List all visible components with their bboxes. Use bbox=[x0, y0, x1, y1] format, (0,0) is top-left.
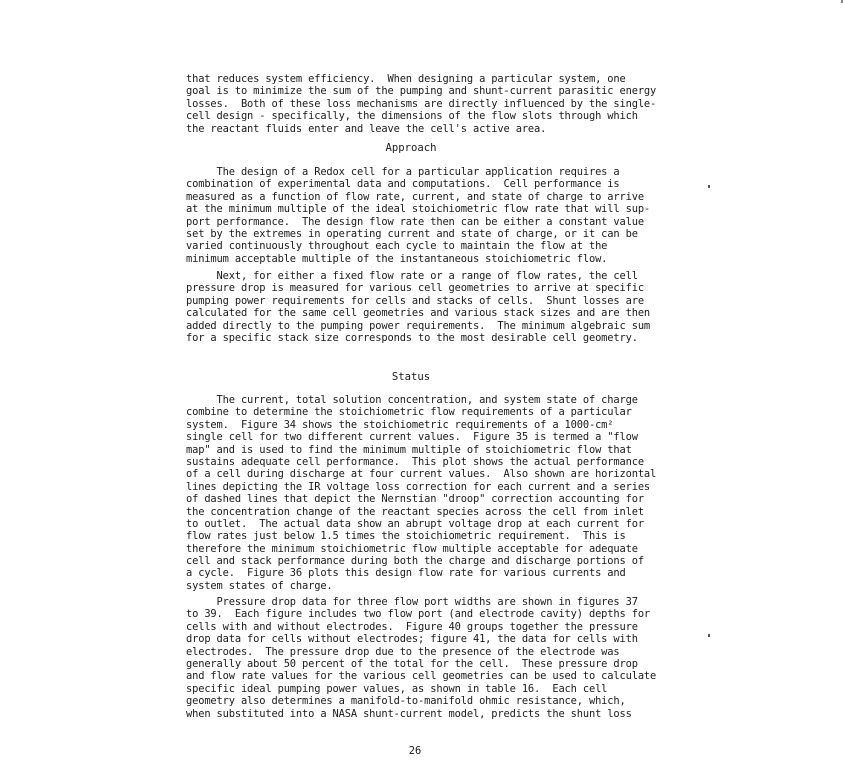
text-line: Next, for either a fixed flow rate or a … bbox=[186, 270, 686, 282]
text-line: pressure drop is measured for various ce… bbox=[186, 282, 686, 294]
text-line: varied continuously throughout each cycl… bbox=[186, 240, 686, 252]
text-line: for a specific stack size corresponds to… bbox=[186, 332, 686, 344]
text-line: to 39. Each figure includes two flow por… bbox=[186, 608, 686, 620]
text-line: pumping power requirements for cells and… bbox=[186, 295, 686, 307]
approach-paragraph-1: The design of a Redox cell for a particu… bbox=[186, 166, 686, 265]
text-line: therefore the minimum stoichiometric flo… bbox=[186, 543, 686, 555]
text-line: The current, total solution concentratio… bbox=[186, 394, 686, 406]
text-line: set by the extremes in operating current… bbox=[186, 228, 686, 240]
text-line: minimum acceptable multiple of the insta… bbox=[186, 253, 686, 265]
text-line: Pressure drop data for three flow port w… bbox=[186, 596, 686, 608]
text-line: at the minimum multiple of the ideal sto… bbox=[186, 203, 686, 215]
status-paragraph-2: Pressure drop data for three flow port w… bbox=[186, 596, 686, 720]
text-line: The design of a Redox cell for a particu… bbox=[186, 166, 686, 178]
text-line: drop data for cells without electrodes; … bbox=[186, 633, 686, 645]
text-line: flow rates just below 1.5 times the stoi… bbox=[186, 530, 686, 542]
section-heading-approach: Approach bbox=[186, 142, 636, 154]
page-number: 26 bbox=[400, 745, 430, 757]
text-line: losses. Both of these loss mechanisms ar… bbox=[186, 98, 686, 110]
text-line: when substituted into a NASA shunt-curre… bbox=[186, 708, 686, 720]
text-line: to outlet. The actual data show an abrup… bbox=[186, 518, 686, 530]
text-line: sustains adequate cell performance. This… bbox=[186, 456, 686, 468]
approach-paragraph-2: Next, for either a fixed flow rate or a … bbox=[186, 270, 686, 344]
text-line: goal is to minimize the sum of the pumpi… bbox=[186, 85, 686, 97]
text-line: combination of experimental data and com… bbox=[186, 178, 686, 190]
text-line: that reduces system efficiency. When des… bbox=[186, 73, 686, 85]
text-line: calculated for the same cell geometries … bbox=[186, 307, 686, 319]
text-line: of dashed lines that depict the Nernstia… bbox=[186, 493, 686, 505]
text-line: geometry also determines a manifold-to-m… bbox=[186, 695, 686, 707]
text-line: system. Figure 34 shows the stoichiometr… bbox=[186, 419, 686, 431]
text-line: combine to determine the stoichiometric … bbox=[186, 406, 686, 418]
text-line: port performance. The design flow rate t… bbox=[186, 216, 686, 228]
text-line: single cell for two different current va… bbox=[186, 431, 686, 443]
text-line: added directly to the pumping power requ… bbox=[186, 320, 686, 332]
text-line: and flow rate values for the various cel… bbox=[186, 670, 686, 682]
margin-mark bbox=[708, 634, 710, 637]
text-line: electrodes. The pressure drop due to the… bbox=[186, 646, 686, 658]
text-line: the reactant fluids enter and leave the … bbox=[186, 123, 686, 135]
margin-mark bbox=[708, 185, 710, 188]
text-line: a cycle. Figure 36 plots this design flo… bbox=[186, 567, 686, 579]
status-paragraph-1: The current, total solution concentratio… bbox=[186, 394, 686, 592]
text-line: map" and is used to find the minimum mul… bbox=[186, 444, 686, 456]
text-line: cell design - specifically, the dimensio… bbox=[186, 110, 686, 122]
text-line: lines depicting the IR voltage loss corr… bbox=[186, 481, 686, 493]
text-line: the concentration change of the reactant… bbox=[186, 506, 686, 518]
text-line: system states of charge. bbox=[186, 580, 686, 592]
text-line: specific ideal pumping power values, as … bbox=[186, 683, 686, 695]
text-line: cell and stack performance during both t… bbox=[186, 555, 686, 567]
intro-paragraph: that reduces system efficiency. When des… bbox=[186, 73, 686, 135]
section-heading-status: Status bbox=[186, 371, 636, 383]
text-line: of a cell during discharge at four curre… bbox=[186, 468, 686, 480]
text-line: generally about 50 percent of the total … bbox=[186, 658, 686, 670]
document-page: that reduces system efficiency. When des… bbox=[0, 0, 843, 780]
text-line: cells with and without electrodes. Figur… bbox=[186, 621, 686, 633]
text-line: measured as a function of flow rate, cur… bbox=[186, 191, 686, 203]
